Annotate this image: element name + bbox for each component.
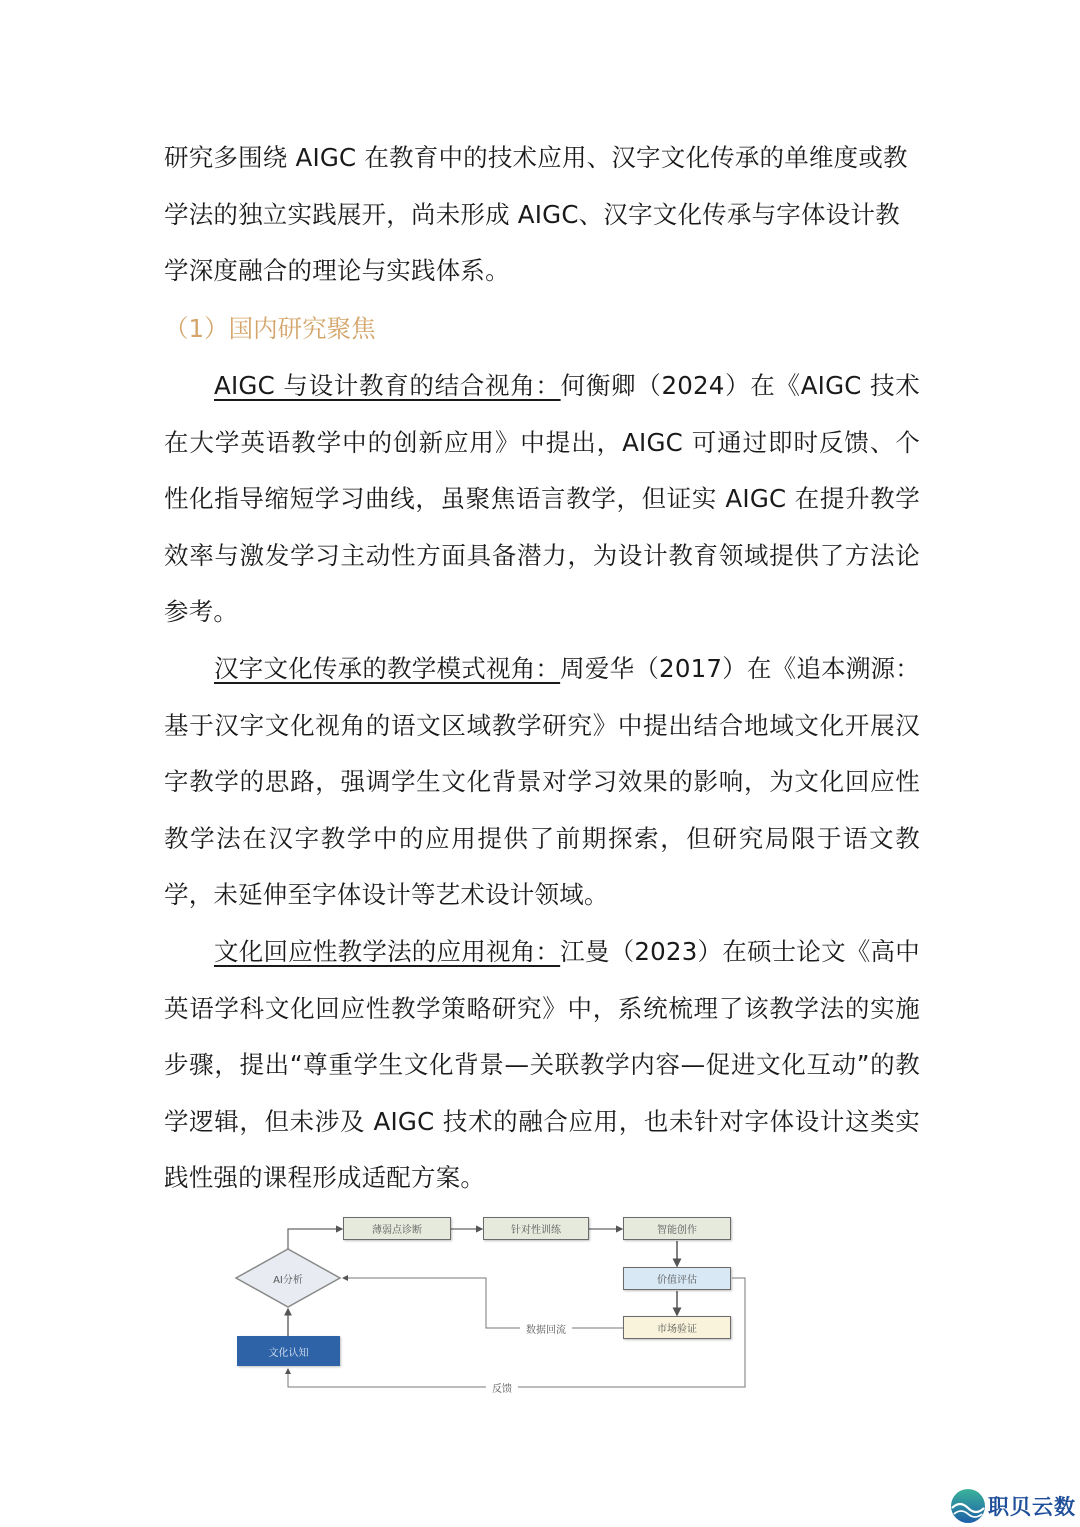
perspective-lead: AIGC 与设计教育的结合视角： bbox=[214, 371, 561, 400]
perspective-body: 周爱华（2017）在《追本溯源：基于汉字文化视角的语文区域教学研究》中提出结合地… bbox=[164, 654, 920, 909]
perspective-paragraph-aigc-design: AIGC 与设计教育的结合视角：何衡卿（2024）在《AIGC 技术在大学英语教… bbox=[164, 358, 920, 641]
watermark-logo: 职贝云数 bbox=[950, 1488, 1076, 1524]
perspective-lead: 文化回应性教学法的应用视角： bbox=[214, 937, 560, 966]
intro-line-2: 学法的独立实践展开，尚未形成 AIGC、汉字文化传承与字体设计教 bbox=[164, 187, 920, 244]
node-market-validation: 市场验证 bbox=[623, 1316, 731, 1339]
node-ai-analysis: AI分析 bbox=[248, 1271, 328, 1286]
node-targeted-training: 针对性训练 bbox=[483, 1217, 589, 1240]
perspective-paragraph-culturally-responsive: 文化回应性教学法的应用视角：江曼（2023）在硕士论文《高中英语学科文化回应性教… bbox=[164, 924, 920, 1207]
perspective-lead: 汉字文化传承的教学模式视角： bbox=[214, 654, 560, 683]
node-smart-creation: 智能创作 bbox=[623, 1217, 731, 1240]
section-heading: （1）国内研究聚焦 bbox=[164, 305, 376, 353]
perspective-body: 何衡卿（2024）在《AIGC 技术在大学英语教学中的创新应用》中提出，AIGC… bbox=[164, 371, 920, 626]
perspective-paragraph-hanzi-culture: 汉字文化传承的教学模式视角：周爱华（2017）在《追本溯源：基于汉字文化视角的语… bbox=[164, 641, 920, 924]
node-cultural-cognition: 文化认知 bbox=[237, 1336, 340, 1366]
wave-globe-icon bbox=[950, 1488, 986, 1524]
intro-line-3: 学深度融合的理论与实践体系。 bbox=[164, 243, 920, 300]
node-value-assessment: 价值评估 bbox=[623, 1267, 731, 1290]
intro-paragraph: 研究多围绕 AIGC 在教育中的技术应用、汉字文化传承的单维度或教 学法的独立实… bbox=[164, 130, 920, 300]
brand-name: 职贝云数 bbox=[988, 1491, 1076, 1521]
perspective-body: 江曼（2023）在硕士论文《高中英语学科文化回应性教学策略研究》中，系统梳理了该… bbox=[164, 937, 920, 1192]
edge-label-data-backflow: 数据回流 bbox=[520, 1321, 572, 1336]
intro-line-1: 研究多围绕 AIGC 在教育中的技术应用、汉字文化传承的单维度或教 bbox=[164, 130, 920, 187]
flow-diagram: 薄弱点诊断 针对性训练 智能创作 价值评估 市场验证 AI分析 文化认知 数据回… bbox=[230, 1205, 760, 1405]
node-weakness-diagnosis: 薄弱点诊断 bbox=[343, 1217, 451, 1240]
edge-label-feedback: 反馈 bbox=[486, 1380, 518, 1395]
